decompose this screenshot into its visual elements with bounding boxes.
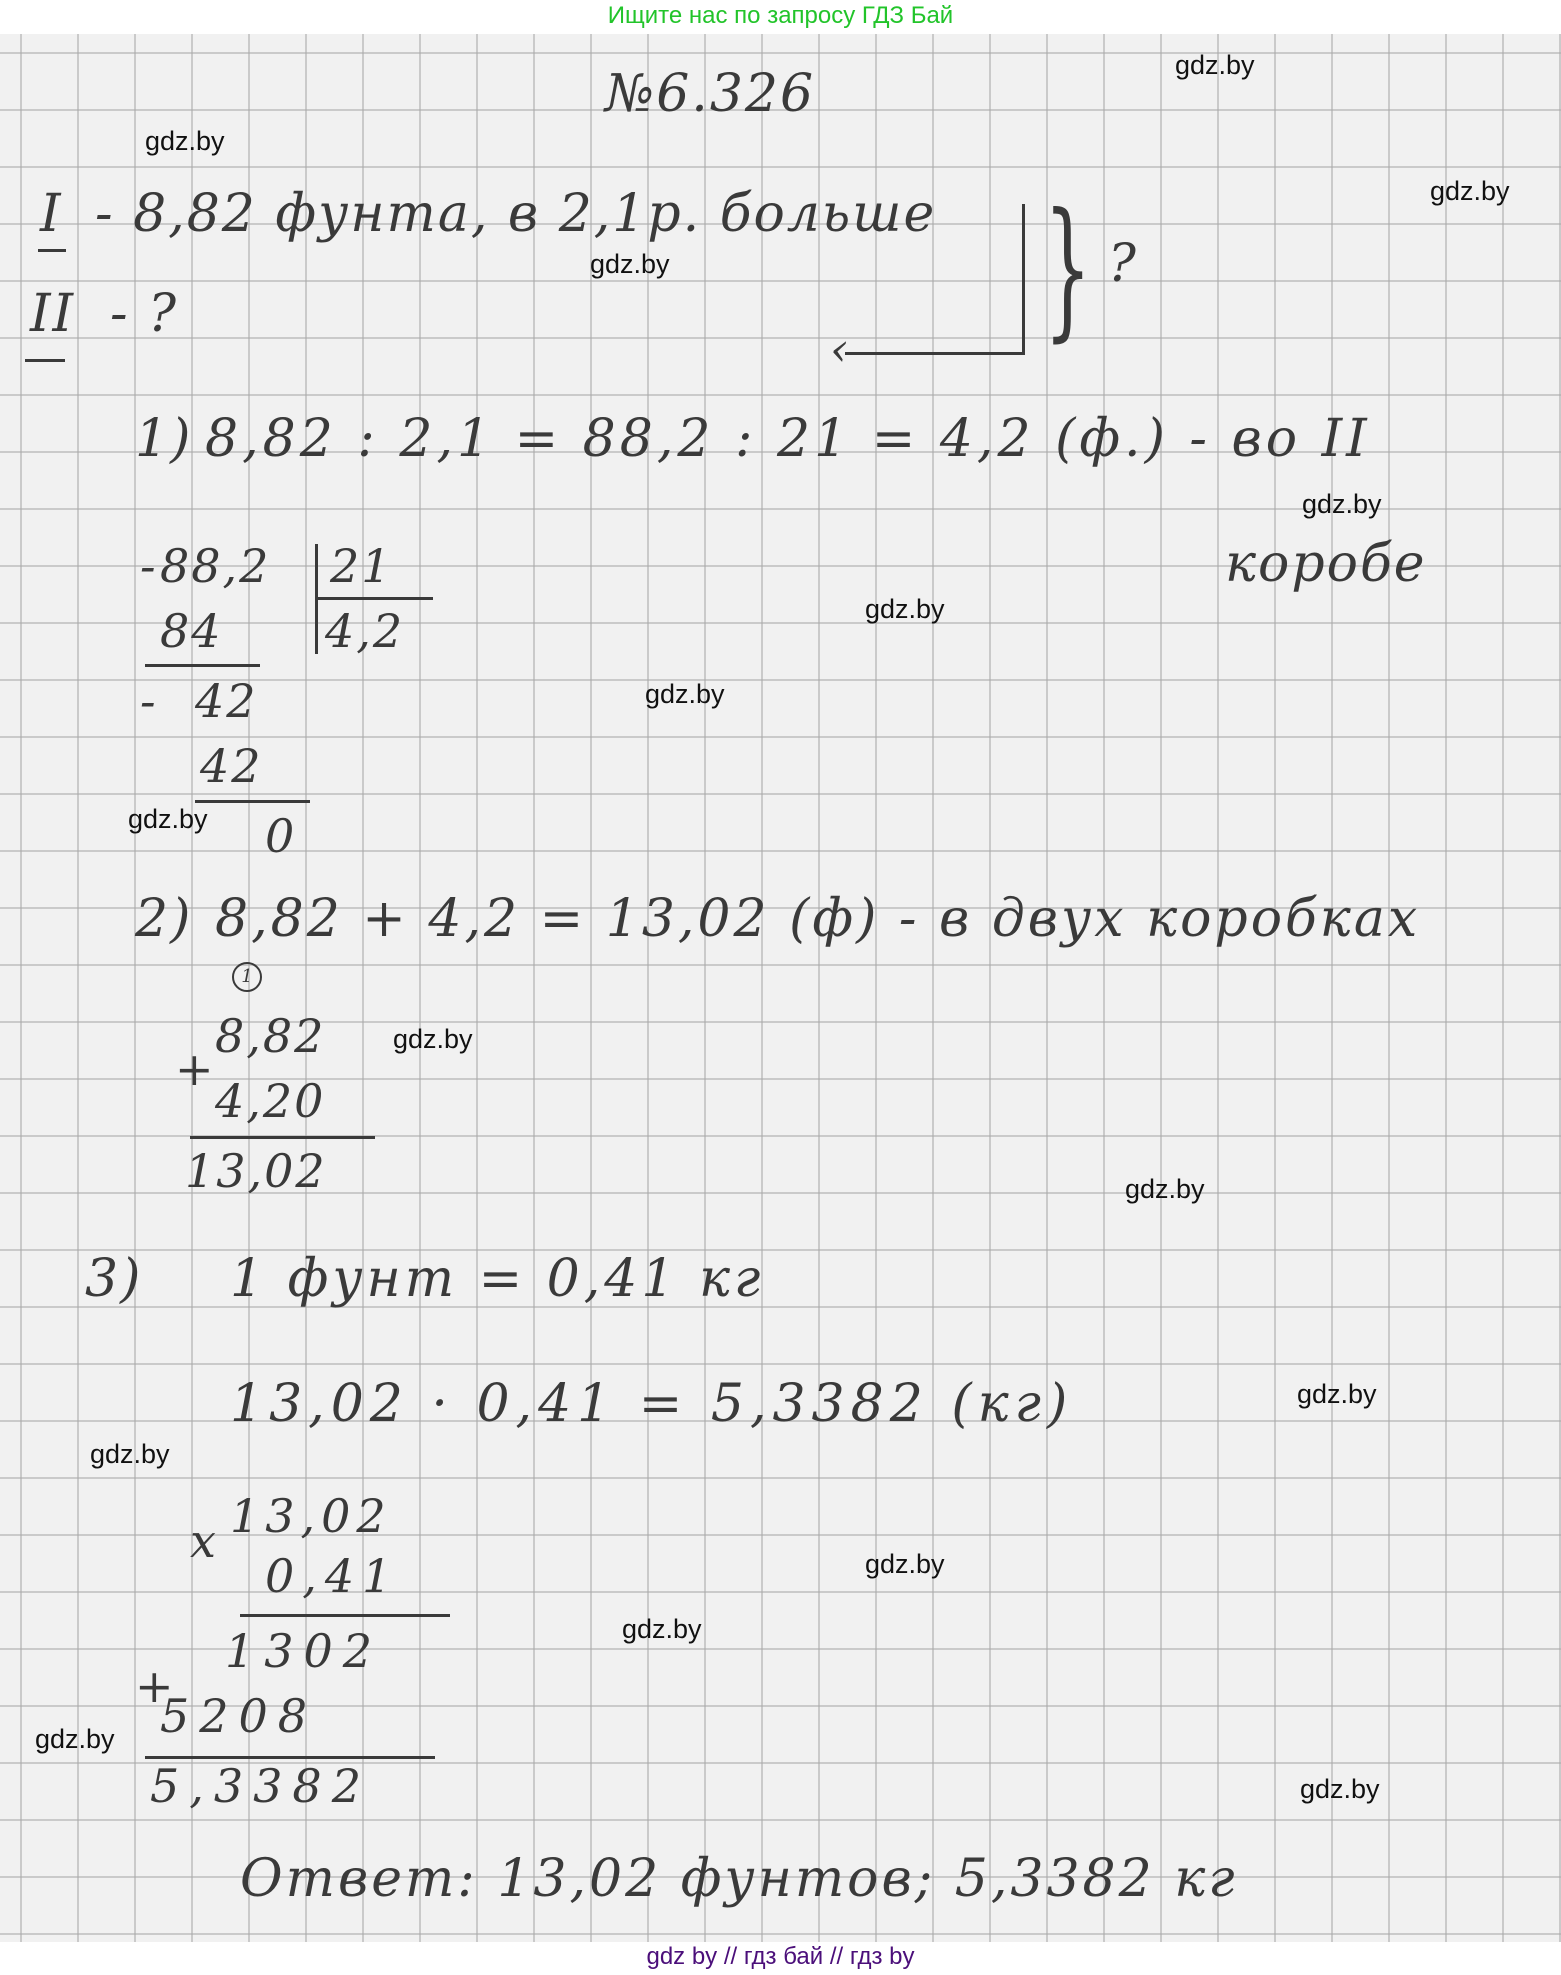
underline bbox=[25, 359, 65, 362]
answer: Ответ: 13,02 фунтов; 5,3382 кг bbox=[240, 1849, 1238, 1909]
watermark: gdz.by bbox=[35, 1724, 115, 1755]
partial-product-1: 1302 bbox=[225, 1624, 382, 1678]
division-row: 84 bbox=[160, 604, 223, 658]
arrow-line bbox=[845, 352, 1025, 355]
division-divider bbox=[195, 800, 310, 803]
division-divider bbox=[318, 597, 433, 600]
notebook-page: №6.326 I - 8,82 фунта, в 2,1р. больше II… bbox=[0, 34, 1561, 1942]
problem-number: №6.326 bbox=[605, 64, 815, 124]
minus-sign: - bbox=[140, 539, 158, 593]
division-quotient: 4,2 bbox=[325, 604, 404, 658]
watermark: gdz.by bbox=[1175, 50, 1255, 81]
watermark: gdz.by bbox=[1297, 1379, 1377, 1410]
step2-expression: 8,82 + 4,2 = 13,02 (ф) - в двух коробках bbox=[215, 889, 1420, 949]
step1-label: 1) bbox=[135, 409, 192, 469]
watermark: gdz.by bbox=[1300, 1774, 1380, 1805]
step2-label: 2) bbox=[135, 889, 192, 949]
division-dividend: 88,2 bbox=[160, 539, 270, 593]
addend-1: 8,82 bbox=[215, 1009, 325, 1063]
watermark: gdz.by bbox=[393, 1024, 473, 1055]
step3-expression: 13,02 · 0,41 = 5,3382 (кг) bbox=[230, 1374, 1073, 1434]
plus-sign: + bbox=[175, 1042, 216, 1096]
sum-divider bbox=[190, 1136, 375, 1139]
watermark: gdz.by bbox=[1430, 176, 1510, 207]
watermark: gdz.by bbox=[1125, 1174, 1205, 1205]
curly-brace: } bbox=[1044, 194, 1092, 344]
sum: 13,02 bbox=[185, 1144, 327, 1198]
minus-sign: - bbox=[140, 674, 158, 728]
watermark: gdz.by bbox=[145, 126, 225, 157]
watermark: gdz.by bbox=[645, 679, 725, 710]
step1-note: коробе bbox=[1225, 534, 1426, 594]
condition-box1-text: - 8,82 фунта, в 2,1р. больше bbox=[95, 184, 936, 244]
carry-digit: 1 bbox=[232, 962, 262, 992]
addend-2: 4,20 bbox=[215, 1074, 325, 1128]
bracket-line bbox=[1022, 204, 1025, 354]
division-divider bbox=[145, 664, 260, 667]
underline bbox=[38, 249, 66, 252]
watermark: gdz.by bbox=[865, 594, 945, 625]
condition-box2-label: II bbox=[30, 284, 75, 344]
step1-expression: 8,82 : 2,1 = 88,2 : 21 = 4,2 (ф.) - во I… bbox=[205, 409, 1371, 469]
condition-box1-label: I bbox=[40, 184, 63, 244]
division-divisor: 21 bbox=[330, 539, 393, 593]
division-row: 0 bbox=[265, 809, 296, 863]
step3-conversion: 1 фунт = 0,41 кг bbox=[230, 1249, 764, 1309]
partial-product-2: 5208 bbox=[160, 1689, 317, 1743]
watermark: gdz.by bbox=[590, 249, 670, 280]
product: 5,3382 bbox=[150, 1759, 371, 1813]
watermark: gdz.by bbox=[622, 1614, 702, 1645]
factor-1: 13,02 bbox=[230, 1489, 392, 1543]
arrow-head-icon: ‹ bbox=[830, 322, 848, 376]
watermark: gdz.by bbox=[90, 1439, 170, 1470]
condition-box2-text: - ? bbox=[110, 284, 178, 344]
product-divider bbox=[240, 1614, 450, 1617]
step3-label: 3) bbox=[85, 1249, 142, 1309]
division-row: 42 bbox=[195, 674, 258, 728]
top-banner: Ищите нас по запросу ГДЗ Бай bbox=[0, 0, 1561, 36]
division-row: 42 bbox=[200, 739, 263, 793]
times-sign: x bbox=[190, 1514, 218, 1568]
watermark: gdz.by bbox=[865, 1549, 945, 1580]
watermark: gdz.by bbox=[1302, 489, 1382, 520]
watermark: gdz.by bbox=[128, 804, 208, 835]
bottom-banner: gdz by // гдз бай // гдз by bbox=[0, 1942, 1561, 1975]
factor-2: 0,41 bbox=[265, 1549, 399, 1603]
question-mark: ? bbox=[1108, 234, 1138, 294]
